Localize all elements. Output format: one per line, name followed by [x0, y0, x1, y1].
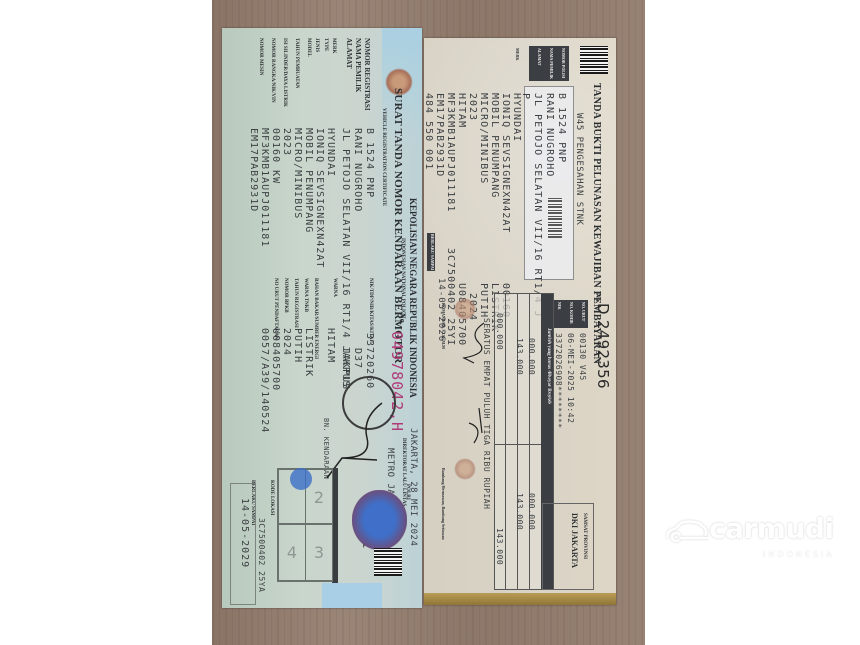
label-nomor-registrasi: NOMOR REGISTRASI: [363, 38, 371, 111]
payment-receipt-document: TANDA BUKTI PELUNASAN KEWAJIBAN PEMBAYAR…: [424, 38, 616, 605]
hologram-icon: [290, 468, 312, 490]
samsat-name: DKI JAKARTA: [570, 513, 579, 568]
stamp-icon: [454, 458, 476, 480]
value-nama-pemilik: RANI NUGROHO: [352, 128, 363, 212]
signature: [454, 403, 494, 453]
receipt-number: D 2492356: [594, 303, 612, 389]
qr-code-icon: [580, 46, 608, 74]
stnk-valid-until: 14-05-2029: [239, 498, 250, 568]
carmudi-watermark: carmudi INDONESIA: [665, 512, 845, 562]
stnk-document: KEPOLISIAN NEGARA REPUBLIK INDONESIA IND…: [222, 28, 422, 608]
stnk-agency: KEPOLISIAN NEGARA REPUBLIK INDONESIA: [408, 198, 418, 398]
stamp-icon: [454, 298, 476, 320]
barcode-icon: [548, 198, 562, 238]
receipt-nomor-polisi: B 1524 PNP: [556, 93, 567, 163]
police-hologram-icon: [352, 490, 407, 550]
document-photo: KEPOLISIAN NEGARA REPUBLIK INDONESIA IND…: [212, 0, 645, 645]
car-icon: [665, 518, 709, 544]
signature: [454, 318, 494, 368]
qr-code-icon: [374, 548, 402, 576]
value-nomor-registrasi: B 1524 PNP: [364, 128, 375, 198]
receipt-total: 143.000: [495, 528, 504, 565]
carmudi-region: INDONESIA: [763, 550, 835, 559]
carmudi-logo: carmudi: [709, 512, 834, 545]
